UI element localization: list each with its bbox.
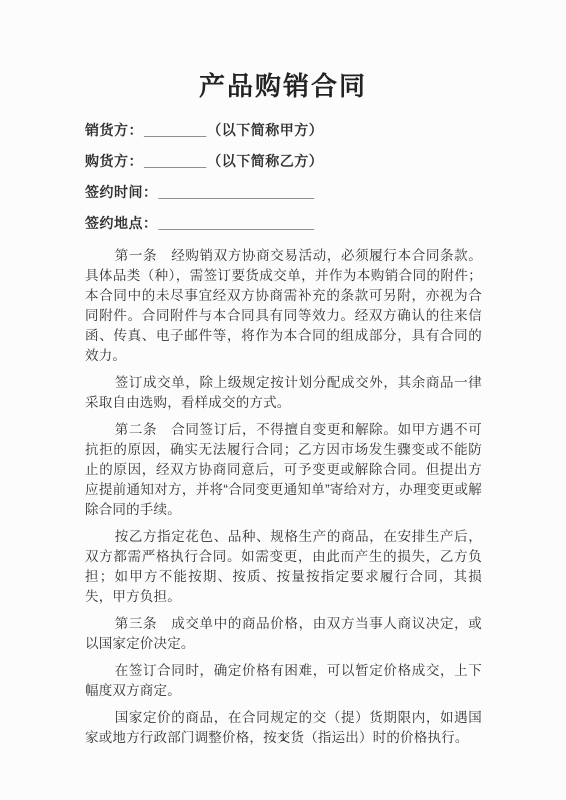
sign-place-label: 签约地点： [85, 215, 158, 231]
production-loss-paragraph: 按乙方指定花色、品种、规格生产的商品，在安排生产后，双方都需严格执行合同。如需变… [85, 527, 482, 607]
clause-2-paragraph: 第二条 合同签订后，不得擅自变更和解除。如甲方遇不可抗拒的原因，确实无法履行合同… [85, 420, 482, 520]
contract-page: 产品购销合同 销货方：________（以下简称甲方） 购货方：________… [0, 0, 566, 800]
buyer-blank-line: ________ [143, 153, 207, 169]
seller-suffix: （以下简称甲方） [207, 122, 323, 138]
header-fields: 销货方：________（以下简称甲方） 购货方：________（以下简称乙方… [85, 122, 482, 231]
page-title: 产品购销合同 [0, 0, 566, 102]
sign-date-blank-line: ____________________ [158, 184, 316, 200]
buyer-label: 购货方： [85, 153, 143, 169]
contract-body: 第一条 经购销双方协商交易活动，必须履行本合同条款。具体品类（种），需签订要货成… [85, 246, 482, 748]
field-row-sign-place: 签约地点：____________________ [85, 215, 482, 231]
page-number: 1 [0, 731, 566, 745]
field-row-seller: 销货方：________（以下简称甲方） [85, 122, 482, 138]
field-row-buyer: 购货方：________（以下简称乙方） [85, 153, 482, 169]
seller-label: 销货方： [85, 122, 143, 138]
field-row-sign-date: 签约时间：____________________ [85, 184, 482, 200]
buyer-suffix: （以下简称乙方） [207, 153, 323, 169]
provisional-price-paragraph: 在签订合同时，确定价格有困难，可以暂定价格成交，上下幅度双方商定。 [85, 661, 482, 701]
clause-3-paragraph: 第三条 成交单中的商品价格，由双方当事人商议决定，或以国家定价决定。 [85, 614, 482, 654]
sign-place-blank-line: ____________________ [158, 215, 316, 231]
seller-blank-line: ________ [143, 122, 207, 138]
free-purchase-paragraph: 签订成交单，除上级规定按计划分配成交外，其余商品一律采取自由选购，看样成交的方式… [85, 373, 482, 413]
sign-date-label: 签约时间： [85, 184, 158, 200]
clause-1-paragraph: 第一条 经购销双方协商交易活动，必须履行本合同条款。具体品类（种），需签订要货成… [85, 246, 482, 366]
